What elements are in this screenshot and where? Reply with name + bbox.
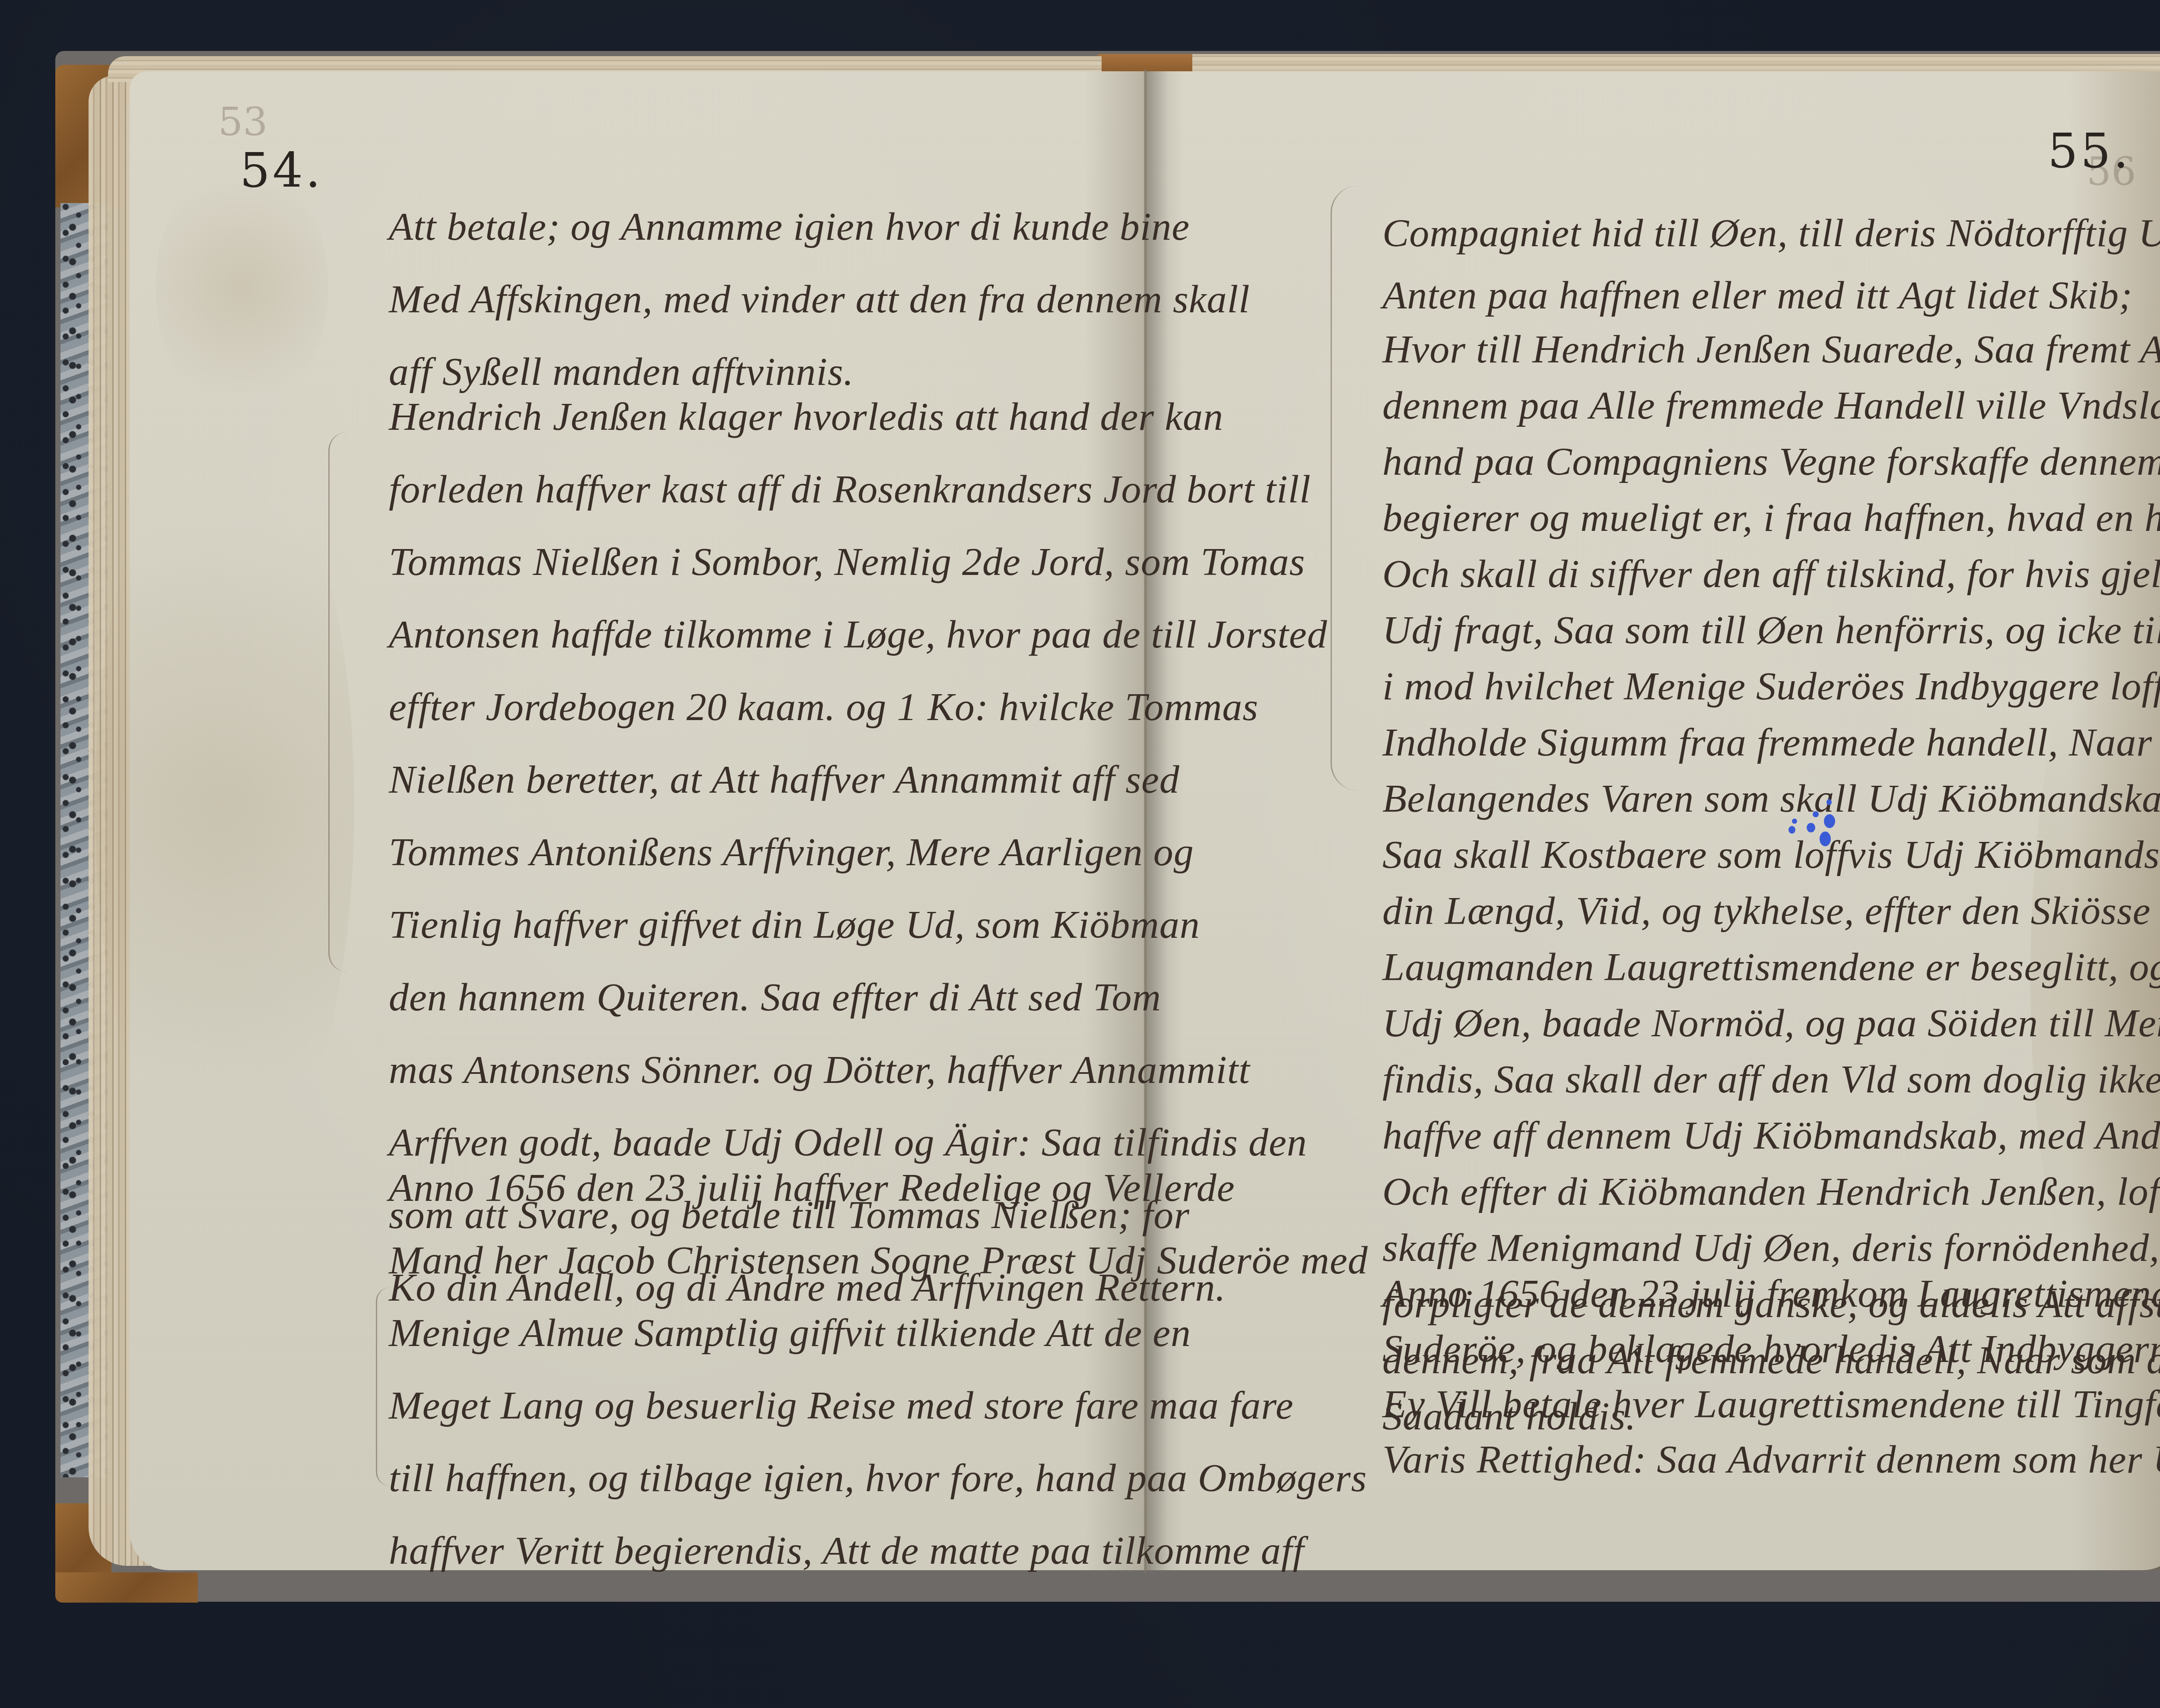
text-line: mas Antonsens Sönner. og Dötter, haffver…: [389, 1033, 1328, 1106]
text-line: Att betale; og Annamme igien hvor di kun…: [389, 190, 1250, 263]
text-line: Varis Rettighed: Saa Advarrit dennem som…: [1382, 1432, 2160, 1487]
margin-bracket-right: [1331, 186, 1358, 791]
text-line: Belangendes Varen som skall Udj Kiöbmand…: [1382, 770, 2160, 826]
text-line: till haffnen, og tilbage igien, hvor for…: [389, 1441, 1368, 1514]
right-paragraph-1: Compagniet hid till Øen, till deris Nödt…: [1382, 197, 2160, 1444]
text-line: Hendrich Jenßen klager hvorledis att han…: [389, 380, 1328, 453]
ink-dot: [1813, 811, 1819, 817]
text-line: Laugmanden Laugrettismendene er beseglit…: [1382, 939, 2160, 995]
text-line: begierer og mueligt er, i fraa haffnen, …: [1382, 489, 2160, 546]
ghost-page-number-left: 53: [218, 99, 268, 145]
text-line: hand paa Compagniens Vegne forskaffe den…: [1382, 433, 2160, 489]
text-line: Saa skall Kostbaere som loffvis Udj Kiöb…: [1382, 826, 2160, 883]
text-line: Och effter di Kiöbmanden Hendrich Jenßen…: [1382, 1163, 2160, 1219]
text-line: Menige Almue Samptlig giffvit tilkiende …: [389, 1296, 1368, 1369]
paper-stain: [95, 417, 354, 1194]
ink-dot: [1788, 826, 1795, 834]
left-paragraph-1: Att betale; og Annamme igien hvor di kun…: [389, 190, 1250, 408]
text-line: Compagniet hid till Øen, till deris Nödt…: [1382, 197, 2160, 269]
text-line: Hvor till Hendrich Jenßen Suarede, Saa f…: [1382, 321, 2160, 377]
text-line: Anno 1656 den 23 julij fremkom Laugretti…: [1382, 1266, 2160, 1321]
text-line: forleden haffver kast aff di Rosenkrands…: [389, 453, 1328, 525]
text-line: Med Affskingen, med vinder att den fra d…: [389, 263, 1250, 335]
text-line: Och skall di siffver den aff tilskind, f…: [1382, 546, 2160, 602]
text-line: Mand her Jacob Christensen Sogne Præst U…: [389, 1224, 1368, 1296]
margin-bracket-left: [328, 432, 347, 972]
text-line: haffve aff dennem Udj Kiöbmandskab, med …: [1382, 1107, 2160, 1163]
text-line: Udj fragt, Saa som till Øen henförris, o…: [1382, 602, 2160, 658]
text-line: Nielßen beretter, at Att haffver Annammi…: [389, 743, 1328, 816]
text-line: Anten paa haffnen eller med itt Agt lide…: [1382, 269, 2160, 321]
ink-dot: [1820, 832, 1831, 846]
text-line: effter Jordebogen 20 kaam. og 1 Ko: hvil…: [389, 670, 1328, 743]
text-line: Anno 1656 den 23 julij haffver Redelige …: [389, 1151, 1368, 1224]
ink-dot: [1792, 819, 1797, 824]
page-number-left: 54.: [240, 143, 323, 198]
text-line: Tienlig haffver giffvet din Løge Ud, som…: [389, 888, 1328, 961]
text-line: Meget Lang og besuerlig Reise med store …: [389, 1369, 1368, 1441]
margin-bracket-left-lower: [376, 1287, 390, 1486]
text-line: findis, Saa skall der aff den Vld som do…: [1382, 1051, 2160, 1107]
text-line: din Længd, Viid, og tykhelse, effter den…: [1382, 883, 2160, 939]
leather-corner-bottom-left-edge: [55, 1572, 198, 1603]
text-line: Udj Øen, baade Normöd, og paa Söiden til…: [1382, 995, 2160, 1051]
text-line: Tommas Nielßen i Sombor, Nemlig 2de Jord…: [389, 525, 1328, 598]
text-line: Antonsen haffde tilkomme i Løge, hvor pa…: [389, 598, 1328, 670]
ink-dot: [1826, 799, 1832, 805]
text-line: Tommes Antonißens Arffvinger, Mere Aarli…: [389, 816, 1328, 888]
ink-dot: [1824, 814, 1835, 828]
text-line: Ey Vill betale hver Laugrettismendene ti…: [1382, 1376, 2160, 1432]
right-paragraph-2: Anno 1656 den 23 julij fremkom Laugretti…: [1382, 1266, 2160, 1487]
ink-dot: [1807, 823, 1815, 832]
text-line: Suderöe, og beklagede hvorledis Att Indb…: [1382, 1321, 2160, 1376]
text-line: haffver Veritt begierendis, Att de matte…: [389, 1514, 1368, 1587]
text-line: Indholde Sigumm fraa fremmede handell, N…: [1382, 714, 2160, 770]
text-line: i mod hvilchet Menige Suderöes Indbygger…: [1382, 658, 2160, 714]
page-number-right: 55.: [2048, 123, 2131, 178]
text-line: den hannem Quiteren. Saa effter di Att s…: [389, 961, 1328, 1033]
left-paragraph-3: Anno 1656 den 23 julij haffver Redelige …: [389, 1151, 1368, 1587]
text-line: dennem paa Alle fremmede Handell ville V…: [1382, 377, 2160, 433]
